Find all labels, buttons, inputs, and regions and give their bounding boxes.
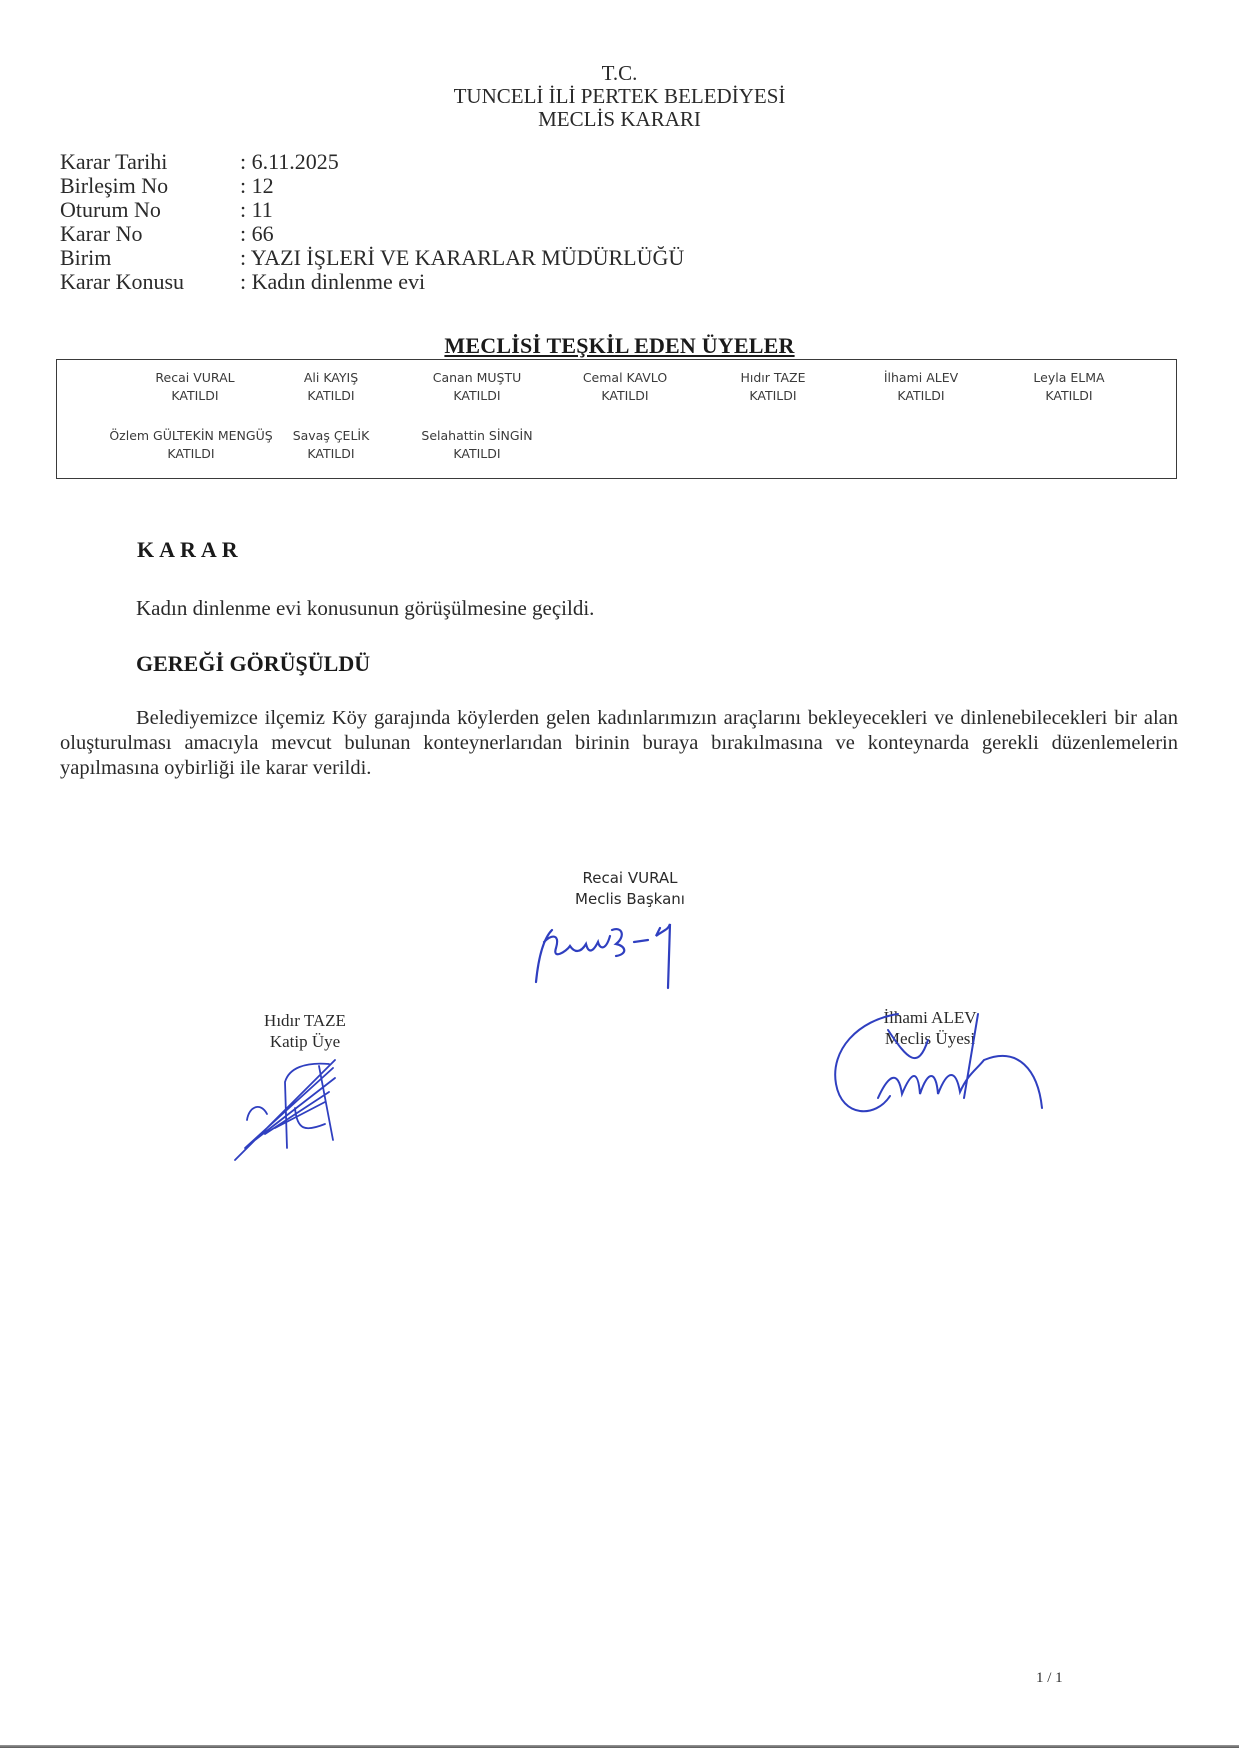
meta-row-karar-tarihi: Karar Tarihi : 6.11.2025 [60, 150, 684, 174]
signer-name: Hıdır TAZE [215, 1010, 395, 1031]
header-municipality: TUNCELİ İLİ PERTEK BELEDİYESİ [0, 85, 1239, 108]
decision-subtitle: GEREĞİ GÖRÜŞÜLDÜ [136, 651, 370, 677]
decision-intro: Kadın dinlenme evi konusunun görüşülmesi… [136, 596, 594, 621]
member-status: KATILDI [979, 387, 1159, 405]
meta-label: Karar Tarihi [60, 150, 240, 174]
meta-row-karar-no: Karar No : 66 [60, 222, 684, 246]
signature-katip-mark [225, 1048, 355, 1163]
signer-role: Meclis Başkanı [520, 889, 740, 910]
signer-name: Recai VURAL [520, 868, 740, 889]
member-name: Leyla ELMA [979, 369, 1159, 387]
header-tc: T.C. [0, 62, 1239, 85]
meta-label: Birim [60, 246, 240, 270]
page-bottom-edge [0, 1745, 1239, 1748]
meta-value: : 6.11.2025 [240, 150, 339, 174]
meta-row-birlesim-no: Birleşim No : 12 [60, 174, 684, 198]
decision-meta: Karar Tarihi : 6.11.2025 Birleşim No : 1… [60, 150, 684, 294]
document-header: T.C. TUNCELİ İLİ PERTEK BELEDİYESİ MECLİ… [0, 62, 1239, 131]
member-entry: Leyla ELMA KATILDI [979, 369, 1159, 405]
decision-body: Belediyemizce ilçemiz Köy garajında köyl… [60, 706, 1178, 781]
signature-block-president: Recai VURAL Meclis Başkanı [520, 868, 740, 910]
members-table: Recai VURAL KATILDI Ali KAYIŞ KATILDI Ca… [56, 359, 1177, 479]
meta-value: : 11 [240, 198, 273, 222]
page-number: 1 / 1 [1036, 1670, 1063, 1687]
decision-title: KARAR [137, 537, 243, 563]
meta-row-karar-konusu: Karar Konusu : Kadın dinlenme evi [60, 270, 684, 294]
header-document-type: MECLİS KARARI [0, 108, 1239, 131]
meta-row-birim: Birim : YAZI İŞLERİ VE KARARLAR MÜDÜRLÜĞ… [60, 246, 684, 270]
meta-value: : Kadın dinlenme evi [240, 270, 425, 294]
signature-uye-mark [828, 1000, 1073, 1130]
meta-label: Oturum No [60, 198, 240, 222]
signature-block-katip: Hıdır TAZE Katip Üye [215, 1010, 395, 1052]
meta-label: Karar Konusu [60, 270, 240, 294]
meta-label: Karar No [60, 222, 240, 246]
member-entry: Selahattin SİNGİN KATILDI [387, 427, 567, 463]
meta-label: Birleşim No [60, 174, 240, 198]
member-status: KATILDI [387, 445, 567, 463]
meta-value: : YAZI İŞLERİ VE KARARLAR MÜDÜRLÜĞÜ [240, 246, 684, 270]
meta-row-oturum-no: Oturum No : 11 [60, 198, 684, 222]
meta-value: : 66 [240, 222, 274, 246]
meta-value: : 12 [240, 174, 274, 198]
signature-president-mark [530, 912, 720, 992]
member-name: Selahattin SİNGİN [387, 427, 567, 445]
members-section-title: MECLİSİ TEŞKİL EDEN ÜYELER [0, 333, 1239, 359]
